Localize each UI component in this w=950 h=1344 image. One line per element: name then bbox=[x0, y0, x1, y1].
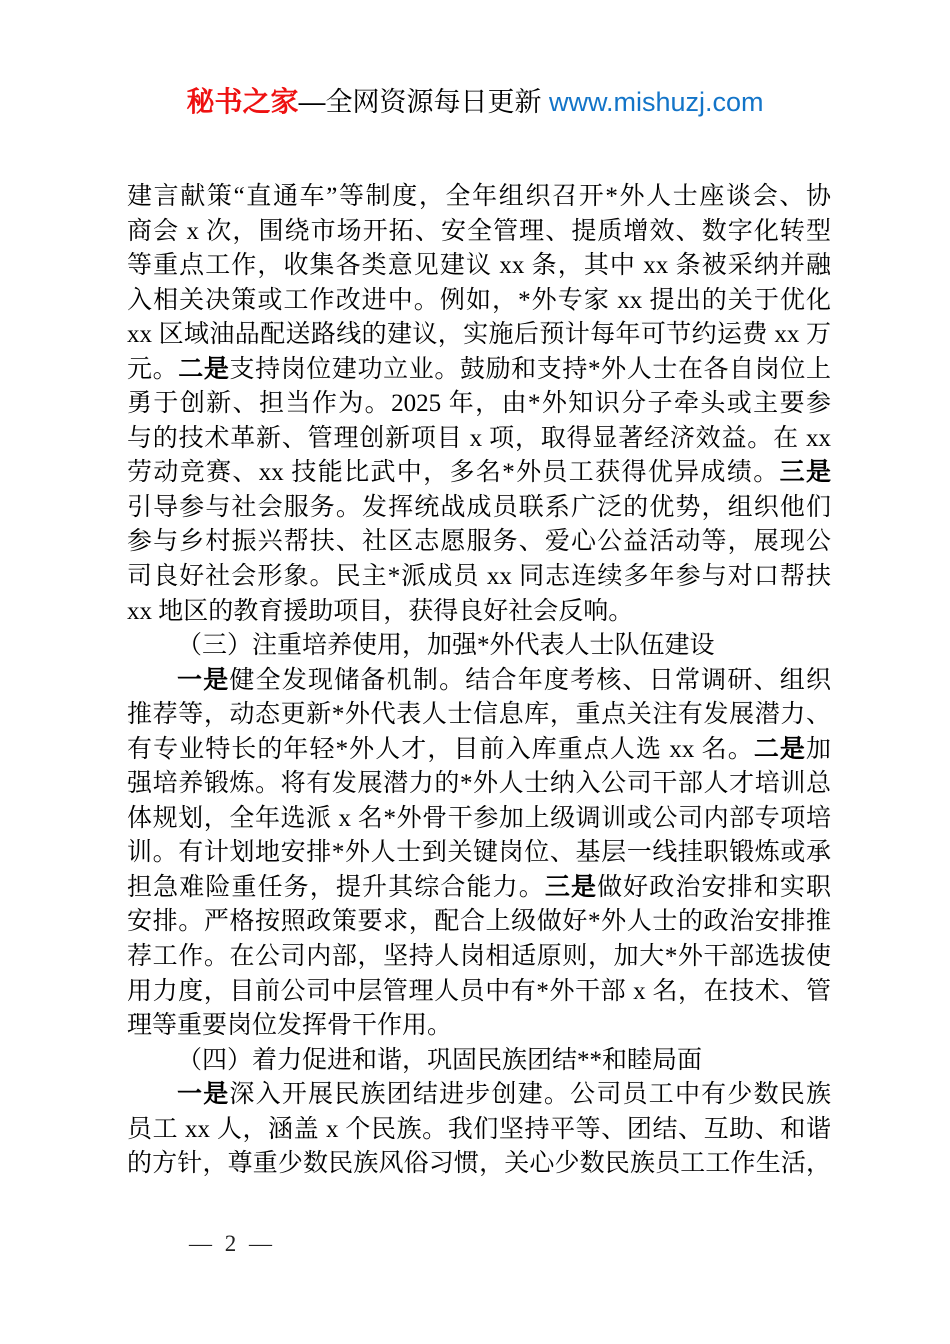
text-run: 等重点工作，收集各类意见建议 xx 条，其中 xx 条被采纳并融 bbox=[127, 252, 831, 279]
text-run: 的方针，尊重少数民族风俗习惯，关心少数民族员工工作生活， bbox=[127, 1150, 831, 1177]
text-run: （三）注重培养使用，加强*外代表人士队伍建设 bbox=[177, 632, 715, 659]
site-url-link[interactable]: www.mishuzj.com bbox=[549, 87, 764, 117]
text-run: 员工 xx 人，涵盖 x 个民族。我们坚持平等、团结、互助、和谐 bbox=[127, 1116, 831, 1143]
text-line: 一是深入开展民族团结进步创建。公司员工中有少数民族 bbox=[127, 1078, 831, 1113]
text-run: 入相关决策或工作改进中。例如，*外专家 xx 提出的关于优化 bbox=[127, 287, 831, 314]
bold-text-run: 一是 bbox=[177, 667, 229, 694]
page-footer: — 2 — bbox=[189, 1231, 272, 1257]
text-run: （四）着力促进和谐，巩固民族团结**和睦局面 bbox=[177, 1047, 702, 1074]
bold-text-run: 三是 bbox=[545, 874, 597, 901]
text-run: 理等重要岗位发挥骨干作用。 bbox=[127, 1012, 452, 1039]
text-run: 元。 bbox=[127, 356, 178, 383]
document-page: 秘书之家—全网资源每日更新 www.mishuzj.com 建言献策“直通车”等… bbox=[0, 0, 950, 1344]
text-line: 元。二是支持岗位建功立业。鼓励和支持*外人士在各自岗位上 bbox=[127, 353, 831, 388]
bold-text-run: 二是 bbox=[754, 736, 806, 763]
text-line: 员工 xx 人，涵盖 x 个民族。我们坚持平等、团结、互助、和谐 bbox=[127, 1113, 831, 1148]
text-run: 有专业特长的年轻*外人才，目前入库重点人选 xx 名。 bbox=[127, 736, 754, 763]
text-run: 勇于创新、担当作为。2025 年，由*外知识分子牵头或主要参 bbox=[127, 390, 831, 417]
section-heading: （三）注重培养使用，加强*外代表人士队伍建设 bbox=[127, 629, 831, 664]
bold-text-run: 三是 bbox=[780, 459, 831, 486]
text-line: 劳动竞赛、xx 技能比武中，多名*外员工获得优异成绩。三是 bbox=[127, 456, 831, 491]
text-run: 健全发现储备机制。结合年度考核、日常调研、组织 bbox=[229, 667, 831, 694]
bold-text-run: 一是 bbox=[177, 1081, 229, 1108]
text-line: 一是健全发现储备机制。结合年度考核、日常调研、组织 bbox=[127, 664, 831, 699]
text-line: 训。有计划地安排*外人士到关键岗位、基层一线挂职锻炼或承 bbox=[127, 836, 831, 871]
text-run: xx 区域油品配送路线的建议，实施后预计每年可节约运费 xx 万 bbox=[127, 321, 831, 348]
text-run: 担急难险重任务，提升其综合能力。 bbox=[127, 874, 545, 901]
text-run: 参与乡村振兴帮扶、社区志愿服务、爱心公益活动等，展现公 bbox=[127, 528, 831, 555]
section-heading: （四）着力促进和谐，巩固民族团结**和睦局面 bbox=[127, 1044, 831, 1079]
text-run: 引导参与社会服务。发挥统战成员联系广泛的优势，组织他们 bbox=[127, 494, 831, 521]
text-line: 推荐等，动态更新*外代表人士信息库，重点关注有发展潜力、 bbox=[127, 698, 831, 733]
text-run: 用力度，目前公司中层管理人员中有*外干部 x 名，在技术、管 bbox=[127, 978, 831, 1005]
text-line: 建言献策“直通车”等制度，全年组织召开*外人士座谈会、协 bbox=[127, 180, 831, 215]
text-line: 参与乡村振兴帮扶、社区志愿服务、爱心公益活动等，展现公 bbox=[127, 525, 831, 560]
site-name: 秘书之家 bbox=[186, 86, 298, 117]
text-line: 的方针，尊重少数民族风俗习惯，关心少数民族员工工作生活， bbox=[127, 1147, 831, 1182]
text-run: 做好政治安排和实职 bbox=[597, 874, 831, 901]
document-body: 建言献策“直通车”等制度，全年组织召开*外人士座谈会、协商会 x 次，围绕市场开… bbox=[127, 180, 831, 1182]
text-line: 担急难险重任务，提升其综合能力。三是做好政治安排和实职 bbox=[127, 871, 831, 906]
text-run: 劳动竞赛、xx 技能比武中，多名*外员工获得优异成绩。 bbox=[127, 459, 780, 486]
text-run: xx 地区的教育援助项目，获得良好社会反响。 bbox=[127, 598, 633, 625]
text-run: 训。有计划地安排*外人士到关键岗位、基层一线挂职锻炼或承 bbox=[127, 839, 831, 866]
text-run: 荐工作。在公司内部，坚持人岗相适原则，加大*外干部选拔使 bbox=[127, 943, 831, 970]
text-run: 司良好社会形象。民主*派成员 xx 同志连续多年参与对口帮扶 bbox=[127, 563, 831, 590]
text-line: 安排。严格按照政策要求，配合上级做好*外人士的政治安排推 bbox=[127, 905, 831, 940]
text-run: 体规划，全年选派 x 名*外骨干参加上级调训或公司内部专项培 bbox=[127, 805, 831, 832]
text-line: xx 区域油品配送路线的建议，实施后预计每年可节约运费 xx 万 bbox=[127, 318, 831, 353]
text-line: xx 地区的教育援助项目，获得良好社会反响。 bbox=[127, 595, 831, 630]
text-run: 商会 x 次，围绕市场开拓、安全管理、提质增效、数字化转型 bbox=[127, 218, 831, 245]
text-run: 安排。严格按照政策要求，配合上级做好*外人士的政治安排推 bbox=[127, 908, 831, 935]
text-line: 勇于创新、担当作为。2025 年，由*外知识分子牵头或主要参 bbox=[127, 387, 831, 422]
page-header: 秘书之家—全网资源每日更新 www.mishuzj.com bbox=[0, 84, 950, 120]
text-run: 加 bbox=[806, 736, 831, 763]
text-line: 荐工作。在公司内部，坚持人岗相适原则，加大*外干部选拔使 bbox=[127, 940, 831, 975]
text-line: 体规划，全年选派 x 名*外骨干参加上级调训或公司内部专项培 bbox=[127, 802, 831, 837]
page-number: — 2 — bbox=[189, 1231, 272, 1256]
text-run: 与的技术革新、管理创新项目 x 项，取得显著经济效益。在 xx bbox=[127, 425, 831, 452]
text-line: 商会 x 次，围绕市场开拓、安全管理、提质增效、数字化转型 bbox=[127, 215, 831, 250]
text-line: 与的技术革新、管理创新项目 x 项，取得显著经济效益。在 xx bbox=[127, 422, 831, 457]
text-line: 入相关决策或工作改进中。例如，*外专家 xx 提出的关于优化 bbox=[127, 284, 831, 319]
text-run: 强培养锻炼。将有发展潜力的*外人士纳入公司干部人才培训总 bbox=[127, 770, 831, 797]
text-line: 等重点工作，收集各类意见建议 xx 条，其中 xx 条被采纳并融 bbox=[127, 249, 831, 284]
text-run: 建言献策“直通车”等制度，全年组织召开*外人士座谈会、协 bbox=[127, 183, 831, 210]
text-line: 用力度，目前公司中层管理人员中有*外干部 x 名，在技术、管 bbox=[127, 975, 831, 1010]
text-run: 支持岗位建功立业。鼓励和支持*外人士在各自岗位上 bbox=[229, 356, 831, 383]
text-line: 引导参与社会服务。发挥统战成员联系广泛的优势，组织他们 bbox=[127, 491, 831, 526]
text-line: 有专业特长的年轻*外人才，目前入库重点人选 xx 名。二是加 bbox=[127, 733, 831, 768]
text-line: 司良好社会形象。民主*派成员 xx 同志连续多年参与对口帮扶 bbox=[127, 560, 831, 595]
bold-text-run: 二是 bbox=[178, 356, 229, 383]
text-run: 深入开展民族团结进步创建。公司员工中有少数民族 bbox=[229, 1081, 831, 1108]
text-line: 强培养锻炼。将有发展潜力的*外人士纳入公司干部人才培训总 bbox=[127, 767, 831, 802]
text-run: 推荐等，动态更新*外代表人士信息库，重点关注有发展潜力、 bbox=[127, 701, 831, 728]
text-line: 理等重要岗位发挥骨干作用。 bbox=[127, 1009, 831, 1044]
site-tagline: —全网资源每日更新 bbox=[298, 87, 549, 117]
